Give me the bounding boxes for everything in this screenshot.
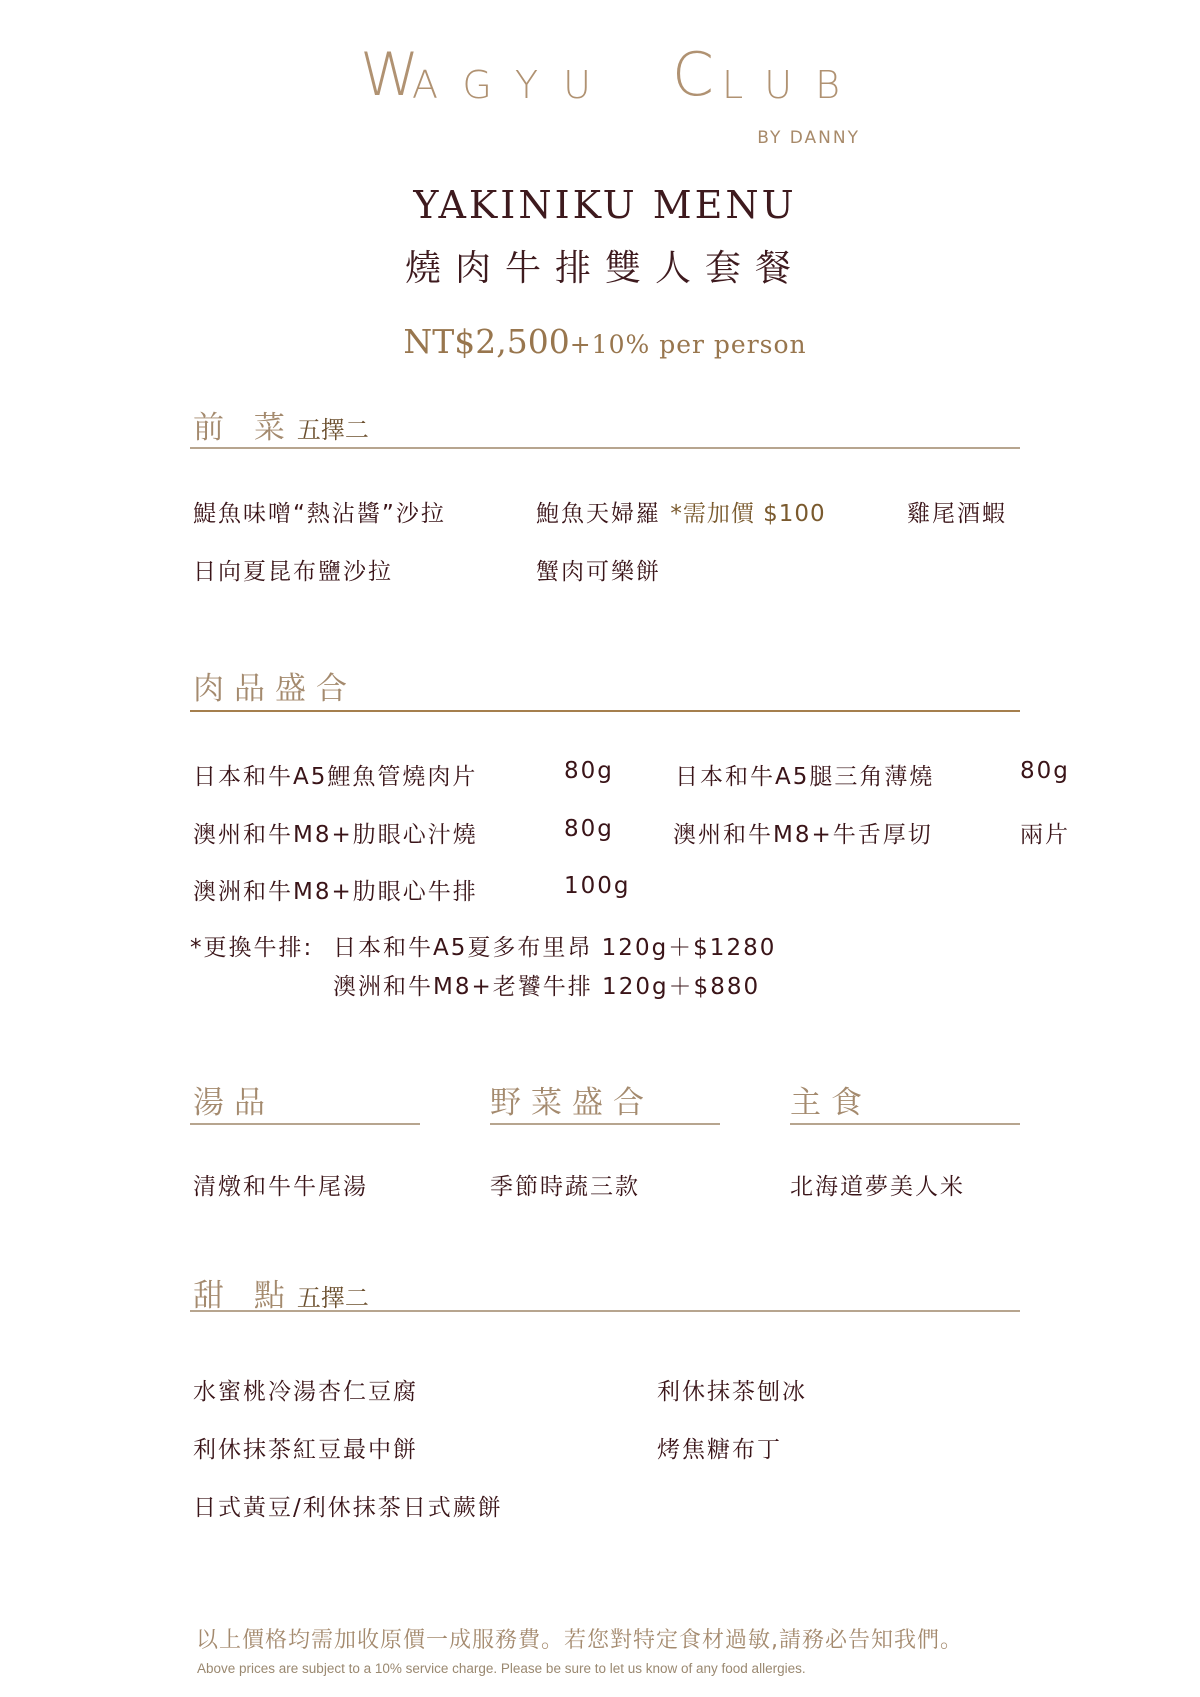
- section-desserts-heading: 甜 點五擇二: [193, 1270, 369, 1315]
- staple-item: 北海道夢美人米: [790, 1168, 965, 1201]
- brand-byline: BY DANNY: [757, 128, 860, 148]
- appetizer-item: 蟹肉可樂餅: [536, 553, 661, 586]
- meat-title: 肉品盛合: [193, 671, 357, 707]
- logo-word-agyu: AGYU: [412, 64, 616, 106]
- meat-item-name: 日本和牛A5腿三角薄燒: [675, 758, 934, 791]
- dessert-item: 利休抹茶紅豆最中餅: [193, 1431, 418, 1464]
- meat-item-qty: 兩片: [1020, 816, 1070, 849]
- price-suffix: +10% per person: [570, 330, 807, 359]
- menu-price: NT$2,500+10% per person: [0, 322, 1200, 361]
- dessert-item: 烤焦糖布丁: [657, 1431, 782, 1464]
- dessert-item: 利休抹茶刨冰: [657, 1373, 807, 1406]
- brand-logo: W AGYU C LUB: [360, 44, 860, 106]
- staple-divider: [790, 1123, 1020, 1125]
- meat-item-name: 日本和牛A5鯉魚管燒肉片: [193, 758, 477, 791]
- appetizer-item: 鯷魚味噌“熱沾醬”沙拉: [193, 495, 446, 528]
- appetizers-divider: [190, 447, 1020, 449]
- appetizers-choice-note: 五擇二: [297, 416, 369, 444]
- desserts-divider: [190, 1310, 1020, 1312]
- dessert-item: 日式黃豆/利休抹茶日式蕨餅: [193, 1489, 503, 1522]
- dessert-item: 水蜜桃冷湯杏仁豆腐: [193, 1373, 418, 1406]
- section-meat-heading: 肉品盛合: [193, 663, 357, 708]
- logo-word-lub: LUB: [722, 64, 863, 106]
- menu-title-zh: 燒肉牛排雙人套餐: [0, 240, 1200, 291]
- logo-initial-c: C: [672, 44, 714, 106]
- meat-item-name: 澳洲和牛M8+肋眼心牛排: [193, 873, 478, 906]
- appetizer-item: 雞尾酒蝦: [907, 495, 1007, 528]
- appetizer-item: 鮑魚天婦羅 *需加價 $100: [536, 495, 826, 528]
- meat-item-name: 澳州和牛M8+肋眼心汁燒: [193, 816, 478, 849]
- vegetables-divider: [490, 1123, 720, 1125]
- soup-item: 清燉和牛牛尾湯: [193, 1168, 368, 1201]
- steak-upgrade-option: 日本和牛A5夏多布里昂 120g＋$1280: [333, 929, 776, 962]
- appetizers-title: 前 菜: [193, 410, 295, 446]
- desserts-choice-note: 五擇二: [297, 1284, 369, 1312]
- appetizer-item: 日向夏昆布鹽沙拉: [193, 553, 393, 586]
- footer-notice-zh: 以上價格均需加收原價一成服務費。若您對特定食材過敏,請務必告知我們。: [196, 1623, 963, 1654]
- menu-title-en: YAKINIKU MENU: [0, 183, 1200, 227]
- section-appetizers-heading: 前 菜五擇二: [193, 402, 369, 447]
- meat-item-name: 澳州和牛M8+牛舌厚切: [673, 816, 933, 849]
- price-main: NT$2,500: [403, 322, 569, 361]
- meat-divider: [190, 710, 1020, 712]
- steak-upgrade-label: *更換牛排:: [190, 929, 313, 962]
- soup-divider: [190, 1123, 420, 1125]
- meat-item-qty: 80g: [1020, 758, 1070, 784]
- meat-item-qty: 100g: [564, 873, 631, 899]
- appetizer-item-name: 鮑魚天婦羅: [536, 501, 661, 527]
- staple-title: 主食: [790, 1077, 872, 1122]
- steak-upgrade-option: 澳洲和牛M8+老饕牛排 120g＋$880: [333, 968, 760, 1001]
- logo-initial-w: W: [360, 44, 419, 106]
- soup-title: 湯品: [193, 1077, 275, 1122]
- desserts-title: 甜 點: [193, 1278, 295, 1314]
- vegetables-item: 季節時蔬三款: [490, 1168, 640, 1201]
- surcharge-note: *需加價 $100: [670, 501, 825, 527]
- meat-item-qty: 80g: [564, 816, 614, 842]
- footer-notice-en: Above prices are subject to a 10% servic…: [197, 1661, 806, 1676]
- vegetables-title: 野菜盛合: [490, 1077, 654, 1122]
- meat-item-qty: 80g: [564, 758, 614, 784]
